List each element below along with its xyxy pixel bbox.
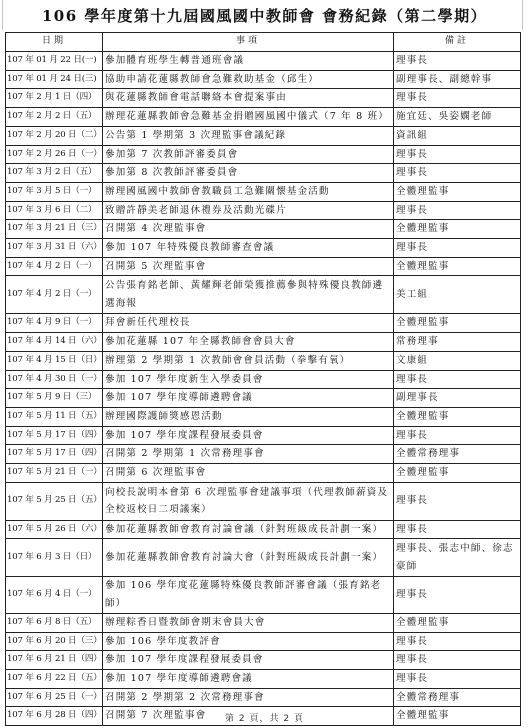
table-row: 107 年 5 月 17 日（四）召開第 2 學期第 1 次常務理事會全體常務理…: [6, 445, 521, 464]
table-row: 107 年 5 月 26 日（六）參加花蓮縣教師會教育討論會議（針對班級成長計劃…: [6, 520, 521, 539]
date-cell: 107 年 6 月 20 日（三）: [6, 632, 103, 651]
table-row: 107 年 4 月 15 日（日）辦理第 2 學期第 1 次教師會會員活動（拳擊…: [6, 351, 521, 370]
item-cell: 參加 106 學年度教評會: [103, 632, 394, 651]
date-cell: 107 年 5 月 9 日（三）: [6, 389, 103, 408]
table-row: 107 年 5 月 17 日（四）參加 107 學年度課程發展委員會理事長: [6, 426, 521, 445]
note-cell: 理事長、張志中師、徐志豪師: [394, 539, 521, 577]
date-cell: 107 年 4 月 30 日（一）: [6, 370, 103, 389]
table-row: 107 年 2 月 2 日（五）辦理花蓮縣教師會急難基金捐贈國風國中儀式（7 年…: [6, 108, 521, 127]
note-cell: 全體理監事: [394, 407, 521, 426]
table-row: 107 年 3 月 6 日（二）致贈許靜美老師退休禮券及活動光碟片理事長: [6, 201, 521, 220]
item-cell: 參加 107 學年度課程發展委員會: [103, 426, 394, 445]
table-row: 107 年 3 月 31 日（六）參加 107 年特殊優良教師審查會議理事長: [6, 239, 521, 258]
date-cell: 107 年 3 月 6 日（二）: [6, 201, 103, 220]
table-row: 107 年 6 月 4 日（一）參加 106 學年度花蓮縣特殊優良教師評審會議（…: [6, 577, 521, 613]
header-note: 備註: [394, 33, 521, 52]
table-row: 107 年 3 月 2 日（五）參加第 8 次教師評審委員會理事長: [6, 164, 521, 183]
date-cell: 107 年 4 月 2 日（一）: [6, 276, 103, 314]
item-cell: 參加花蓮縣教師會教育討論大會（針對班級成長計劃一案）: [103, 539, 394, 577]
date-cell: 107 年 5 月 25 日（五）: [6, 482, 103, 520]
table-row: 107 年 6 月 20 日（三）參加 106 學年度教評會理事長: [6, 632, 521, 651]
note-cell: 全體理監事: [394, 464, 521, 483]
item-cell: 公告第 1 學期第 3 次理監事會議紀錄: [103, 126, 394, 145]
item-cell: 辦理國風國中教師會教職員工急難關懷基金活動: [103, 182, 394, 201]
note-cell: 理事長: [394, 239, 521, 258]
date-cell: 107 年 6 月 4 日（一）: [6, 577, 103, 613]
date-cell: 107 年 5 月 17 日（四）: [6, 445, 103, 464]
item-cell: 召開第 5 次理監事會: [103, 257, 394, 276]
table-row: 107 年 6 月 21 日（四）參加 107 學年度課程發展委員會理事長: [6, 651, 521, 670]
page-footer: 第 2 頁，共 2 頁: [0, 711, 529, 724]
item-cell: 參加 107 學年度新生入學委員會: [103, 370, 394, 389]
note-cell: 理事長: [394, 145, 521, 164]
table-row: 107 年 2 月 20 日（二）公告第 1 學期第 3 次理監事會議紀錄資訊組: [6, 126, 521, 145]
item-cell: 召開第 2 學期第 2 次常務理事會: [103, 688, 394, 707]
item-cell: 公告張育銘老師、黃耀輝老師榮獲推薦參與特殊優良教師遴選海報: [103, 276, 394, 314]
date-cell: 107 年 01 月 24 日(三): [6, 70, 103, 89]
item-cell: 召開第 2 學期第 1 次常務理事會: [103, 445, 394, 464]
date-cell: 107 年 3 月 21 日（三）: [6, 220, 103, 239]
note-cell: 常務理事: [394, 333, 521, 352]
item-cell: 辦理粽香日暨教師會期末會員大會: [103, 613, 394, 632]
item-cell: 參加 106 學年度花蓮縣特殊優良教師評審會議（張育銘老師）: [103, 577, 394, 613]
note-cell: 副理事長: [394, 389, 521, 408]
note-cell: 全體理監事: [394, 613, 521, 632]
date-cell: 107 年 4 月 9 日（一）: [6, 314, 103, 333]
note-cell: 理事長: [394, 426, 521, 445]
table-row: 107 年 5 月 21 日（一）召開第 6 次理監事會全體理監事: [6, 464, 521, 483]
date-cell: 107 年 2 月 2 日（五）: [6, 108, 103, 127]
note-cell: 理事長: [394, 651, 521, 670]
table-row: 107 年 6 月 22 日（五）參加 107 學年度導師遴聘會議理事長: [6, 669, 521, 688]
date-cell: 107 年 2 月 26 日（一）: [6, 145, 103, 164]
item-cell: 拜會新任代理校長: [103, 314, 394, 333]
table-row: 107 年 4 月 2 日（一）召開第 5 次理監事會全體理監事: [6, 257, 521, 276]
records-body: 107 年 01 月 22 日(一)參加體育班學生轉普通班會議理事長107 年 …: [6, 52, 521, 726]
item-cell: 與花蓮縣教師會電話聯絡本會提案事由: [103, 89, 394, 108]
item-cell: 致贈許靜美老師退休禮券及活動光碟片: [103, 201, 394, 220]
table-row: 107 年 5 月 25 日（五）向校長說明本會第 6 次理監事會建議事項（代理…: [6, 482, 521, 520]
table-row: 107 年 5 月 11 日（五）辦理國際護師獎感恩活動全體理監事: [6, 407, 521, 426]
date-cell: 107 年 3 月 5 日（一）: [6, 182, 103, 201]
table-row: 107 年 3 月 5 日（一）辦理國風國中教師會教職員工急難關懷基金活動全體理…: [6, 182, 521, 201]
table-row: 107 年 4 月 9 日（一）拜會新任代理校長全體理監事: [6, 314, 521, 333]
date-cell: 107 年 5 月 17 日（四）: [6, 426, 103, 445]
date-cell: 107 年 5 月 11 日（五）: [6, 407, 103, 426]
item-cell: 參加 107 學年度導師遴聘會議: [103, 669, 394, 688]
note-cell: 理事長: [394, 52, 521, 71]
table-row: 107 年 6 月 8 日（五）辦理粽香日暨教師會期末會員大會全體理監事: [6, 613, 521, 632]
note-cell: 理事長: [394, 577, 521, 613]
table-row: 107 年 01 月 24 日(三)協助申請花蓮縣教師會急難救助基金（邱生）副理…: [6, 70, 521, 89]
date-cell: 107 年 5 月 26 日（六）: [6, 520, 103, 539]
item-cell: 參加第 8 次教師評審委員會: [103, 164, 394, 183]
note-cell: 理事長: [394, 520, 521, 539]
table-row: 107 年 6 月 25 日（一）召開第 2 學期第 2 次常務理事會全體常務理…: [6, 688, 521, 707]
item-cell: 協助申請花蓮縣教師會急難救助基金（邱生）: [103, 70, 394, 89]
header-item: 事項: [103, 33, 394, 52]
date-cell: 107 年 4 月 15 日（日）: [6, 351, 103, 370]
note-cell: 理事長: [394, 370, 521, 389]
table-header-row: 日期 事項 備註: [6, 33, 521, 52]
date-cell: 107 年 6 月 3 日（日）: [6, 539, 103, 577]
date-cell: 107 年 4 月 14 日（六）: [6, 333, 103, 352]
table-row: 107 年 6 月 3 日（日）參加花蓮縣教師會教育討論大會（針對班級成長計劃一…: [6, 539, 521, 577]
document-title: 106 學年度第十九屆國風國中教師會 會務紀錄（第二學期）: [0, 6, 529, 26]
note-cell: 理事長: [394, 164, 521, 183]
item-cell: 參加體育班學生轉普通班會議: [103, 52, 394, 71]
table-row: 107 年 2 月 1 日（四）與花蓮縣教師會電話聯絡本會提案事由理事長: [6, 89, 521, 108]
note-cell: 理事長: [394, 201, 521, 220]
note-cell: 美工組: [394, 276, 521, 314]
note-cell: 全體常務理事: [394, 445, 521, 464]
note-cell: 理事長: [394, 632, 521, 651]
note-cell: 全體理監事: [394, 182, 521, 201]
item-cell: 參加 107 學年度導師遴聘會議: [103, 389, 394, 408]
item-cell: 向校長說明本會第 6 次理監事會建議事項（代理教師薪資及全校返校日二項議案）: [103, 482, 394, 520]
table-row: 107 年 3 月 21 日（三）召開第 4 次理監事會全體理監事: [6, 220, 521, 239]
date-cell: 107 年 01 月 22 日(一): [6, 52, 103, 71]
note-cell: 資訊組: [394, 126, 521, 145]
note-cell: 文康組: [394, 351, 521, 370]
records-table: 日期 事項 備註 107 年 01 月 22 日(一)參加體育班學生轉普通班會議…: [5, 32, 521, 726]
date-cell: 107 年 6 月 25 日（一）: [6, 688, 103, 707]
note-cell: 理事長: [394, 482, 521, 520]
note-cell: 理事長: [394, 89, 521, 108]
date-cell: 107 年 3 月 2 日（五）: [6, 164, 103, 183]
note-cell: 全體理監事: [394, 314, 521, 333]
note-cell: 理事長: [394, 669, 521, 688]
date-cell: 107 年 2 月 1 日（四）: [6, 89, 103, 108]
date-cell: 107 年 2 月 20 日（二）: [6, 126, 103, 145]
table-row: 107 年 01 月 22 日(一)參加體育班學生轉普通班會議理事長: [6, 52, 521, 71]
date-cell: 107 年 6 月 21 日（四）: [6, 651, 103, 670]
note-cell: 副理事長、副總幹事: [394, 70, 521, 89]
date-cell: 107 年 3 月 31 日（六）: [6, 239, 103, 258]
item-cell: 參加 107 學年度課程發展委員會: [103, 651, 394, 670]
note-cell: 全體常務理事: [394, 688, 521, 707]
table-row: 107 年 4 月 2 日（一）公告張育銘老師、黃耀輝老師榮獲推薦參與特殊優良教…: [6, 276, 521, 314]
item-cell: 辦理第 2 學期第 1 次教師會會員活動（拳擊有氧）: [103, 351, 394, 370]
table-row: 107 年 5 月 9 日（三）參加 107 學年度導師遴聘會議副理事長: [6, 389, 521, 408]
table-row: 107 年 2 月 26 日（一）參加第 7 次教師評審委員會理事長: [6, 145, 521, 164]
note-cell: 全體理監事: [394, 220, 521, 239]
header-date: 日期: [6, 33, 103, 52]
item-cell: 辦理國際護師獎感恩活動: [103, 407, 394, 426]
item-cell: 召開第 6 次理監事會: [103, 464, 394, 483]
date-cell: 107 年 4 月 2 日（一）: [6, 257, 103, 276]
date-cell: 107 年 5 月 21 日（一）: [6, 464, 103, 483]
date-cell: 107 年 6 月 22 日（五）: [6, 669, 103, 688]
table-row: 107 年 4 月 14 日（六）參加花蓮縣 107 年全縣教師會會員大會常務理…: [6, 333, 521, 352]
note-cell: 施宜廷、吳姿嫻老師: [394, 108, 521, 127]
date-cell: 107 年 6 月 8 日（五）: [6, 613, 103, 632]
item-cell: 參加花蓮縣 107 年全縣教師會會員大會: [103, 333, 394, 352]
table-row: 107 年 4 月 30 日（一）參加 107 學年度新生入學委員會理事長: [6, 370, 521, 389]
item-cell: 參加花蓮縣教師會教育討論會議（針對班級成長計劃一案）: [103, 520, 394, 539]
item-cell: 參加 107 年特殊優良教師審查會議: [103, 239, 394, 258]
item-cell: 辦理花蓮縣教師會急難基金捐贈國風國中儀式（7 年 8 班）: [103, 108, 394, 127]
note-cell: 全體理監事: [394, 257, 521, 276]
item-cell: 召開第 4 次理監事會: [103, 220, 394, 239]
item-cell: 參加第 7 次教師評審委員會: [103, 145, 394, 164]
